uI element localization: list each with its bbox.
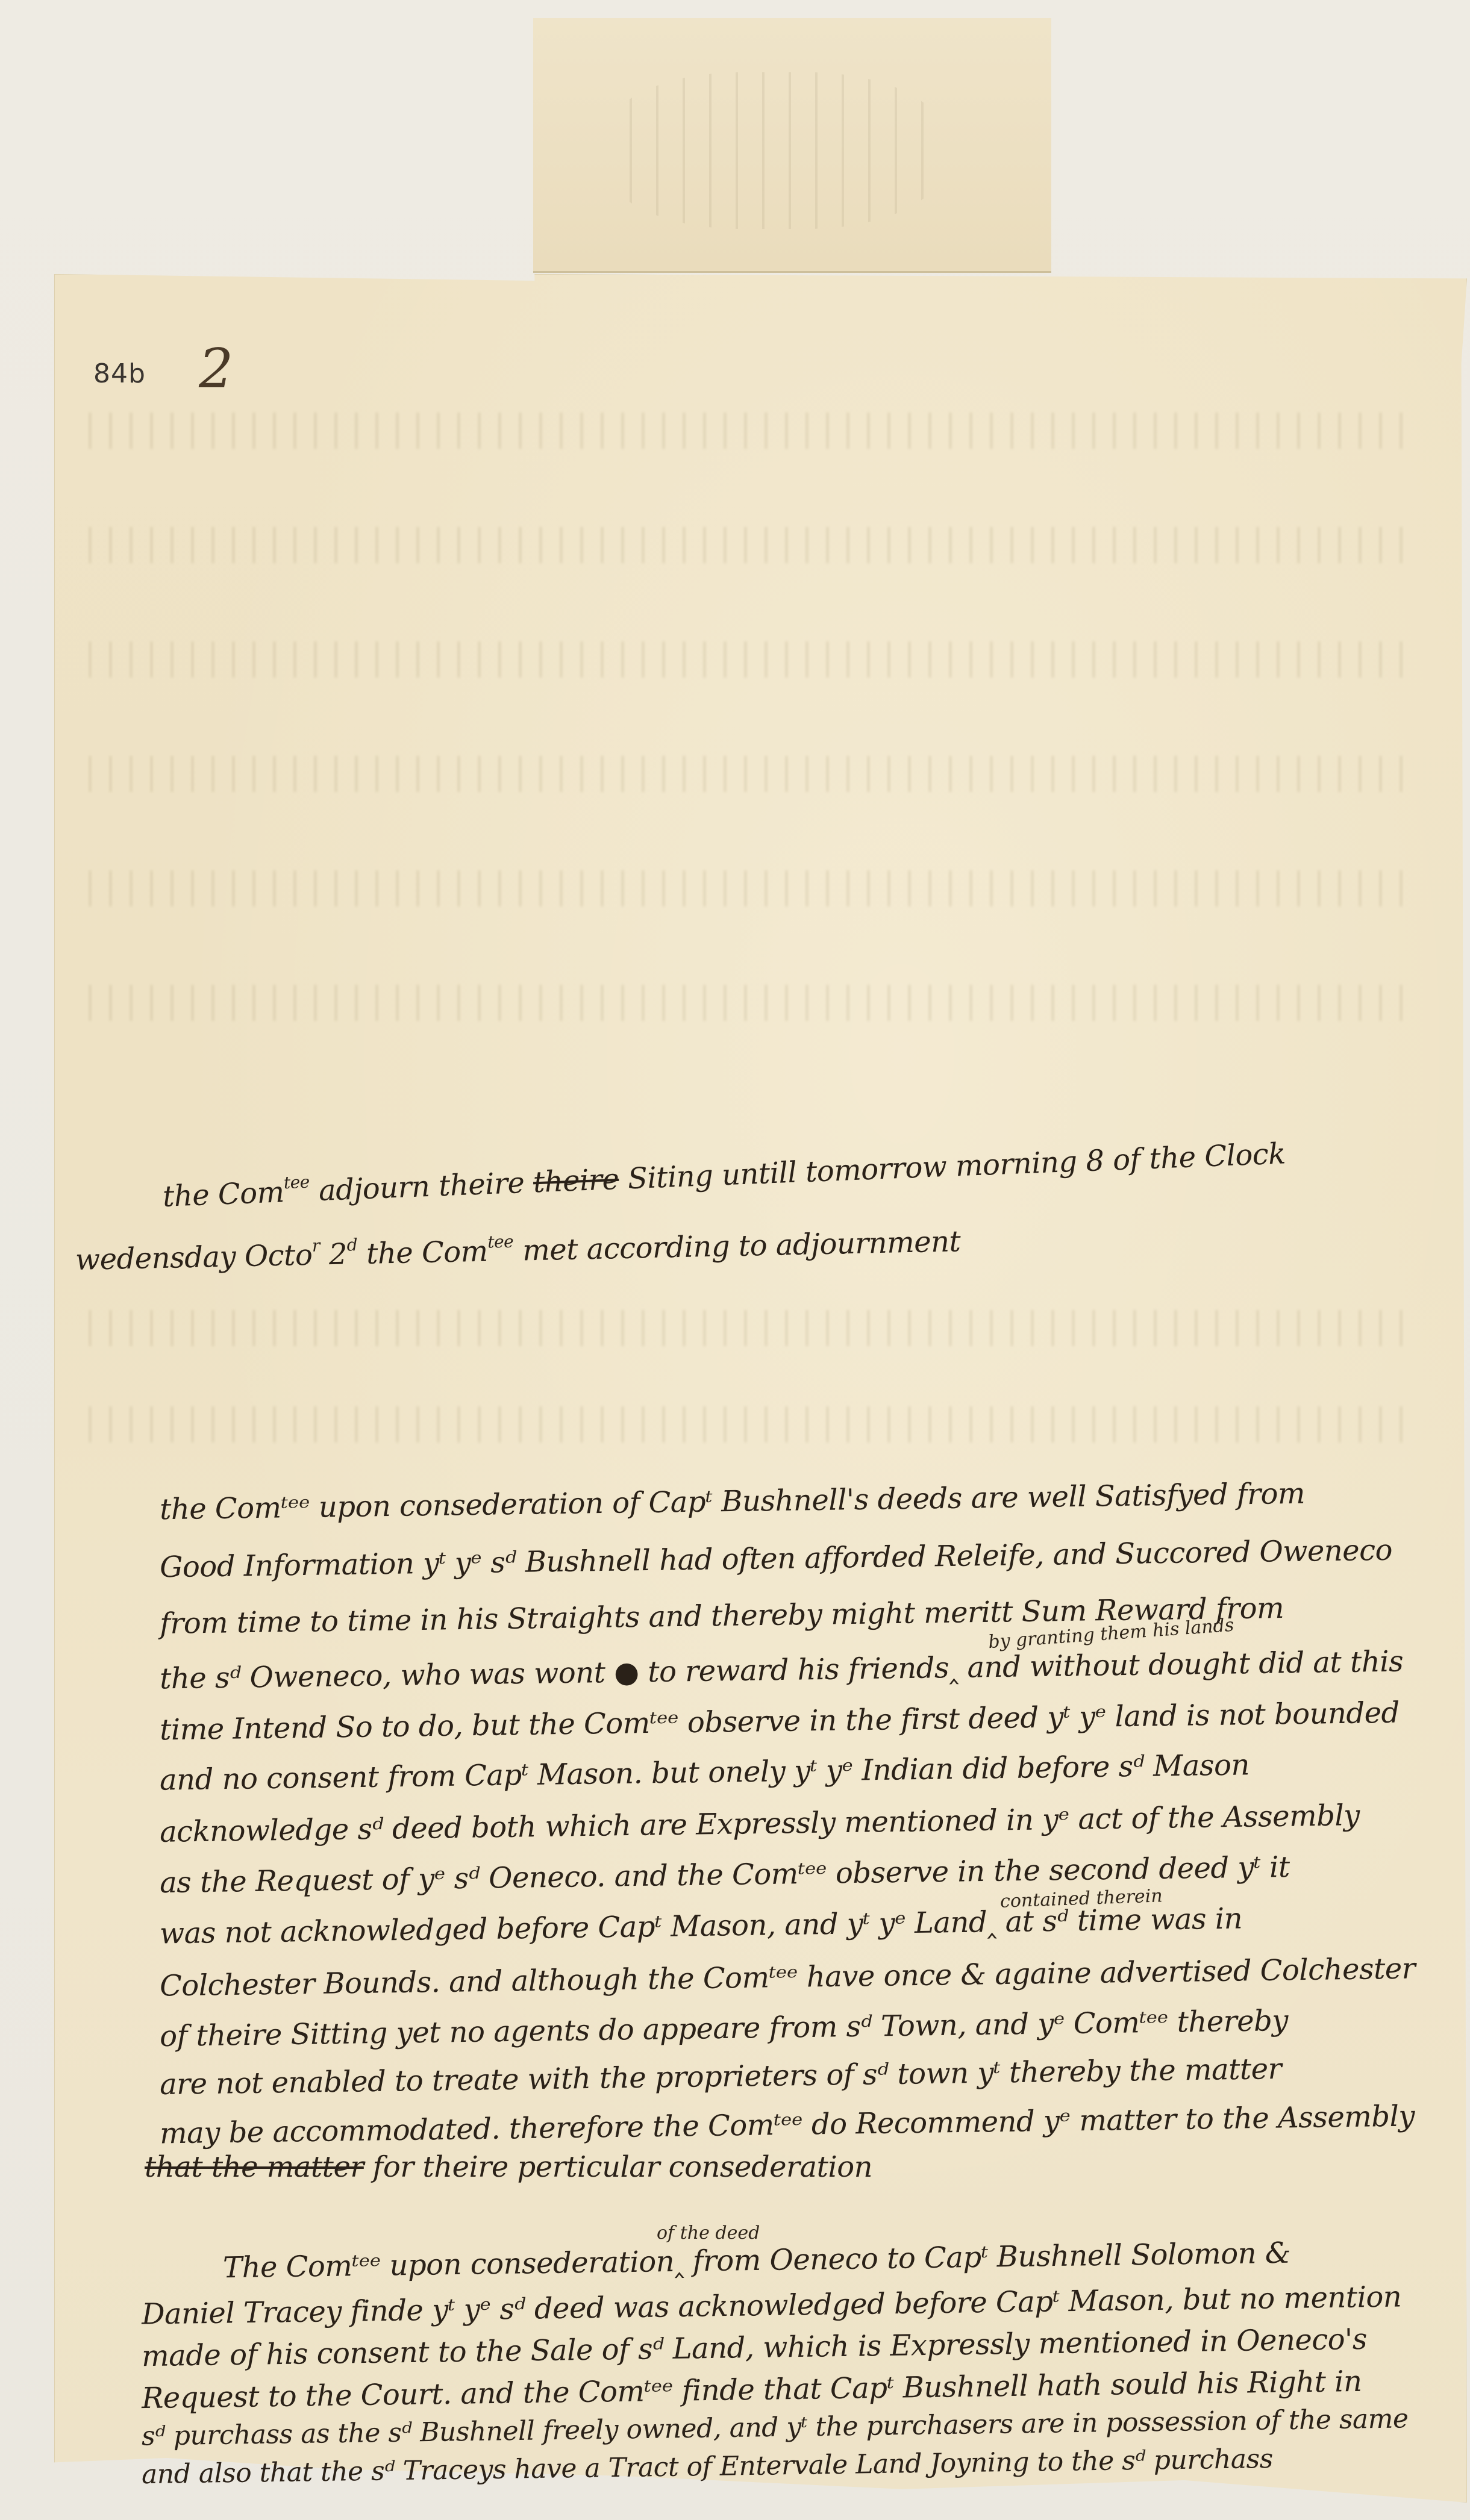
superscript: tee — [487, 1232, 514, 1252]
paragraph-1-last-line: that the matter for theire perticular co… — [145, 2150, 872, 2184]
text-fragment: for theire perticular consederation — [364, 2150, 872, 2184]
struck-phrase: that the matter — [145, 2150, 364, 2184]
text-fragment: 2 — [320, 1238, 348, 1272]
interlinear-insertion: of the deed — [657, 2222, 760, 2244]
bleed-through-ghost — [605, 72, 943, 229]
ink-bleed-through — [78, 1406, 1407, 1442]
attached-paper-tab — [533, 18, 1051, 273]
struck-word: theire — [533, 1162, 619, 1199]
ink-bleed-through — [78, 870, 1407, 906]
ink-bleed-through — [78, 1310, 1407, 1346]
ink-bleed-through — [78, 756, 1407, 792]
text-fragment: the Com — [162, 1175, 285, 1214]
ink-bleed-through — [78, 413, 1407, 449]
ink-bleed-through — [78, 527, 1407, 563]
superscript: r — [312, 1235, 321, 1255]
text-fragment: wedensday Octo — [75, 1238, 312, 1277]
ink-bleed-through — [78, 641, 1407, 678]
superscript: tee — [283, 1172, 310, 1193]
folio-number: 2 — [199, 337, 233, 401]
text-fragment: the Com — [357, 1235, 488, 1271]
catalog-number: 84b — [93, 358, 146, 389]
superscript: d — [346, 1235, 357, 1255]
ink-bleed-through — [78, 985, 1407, 1021]
